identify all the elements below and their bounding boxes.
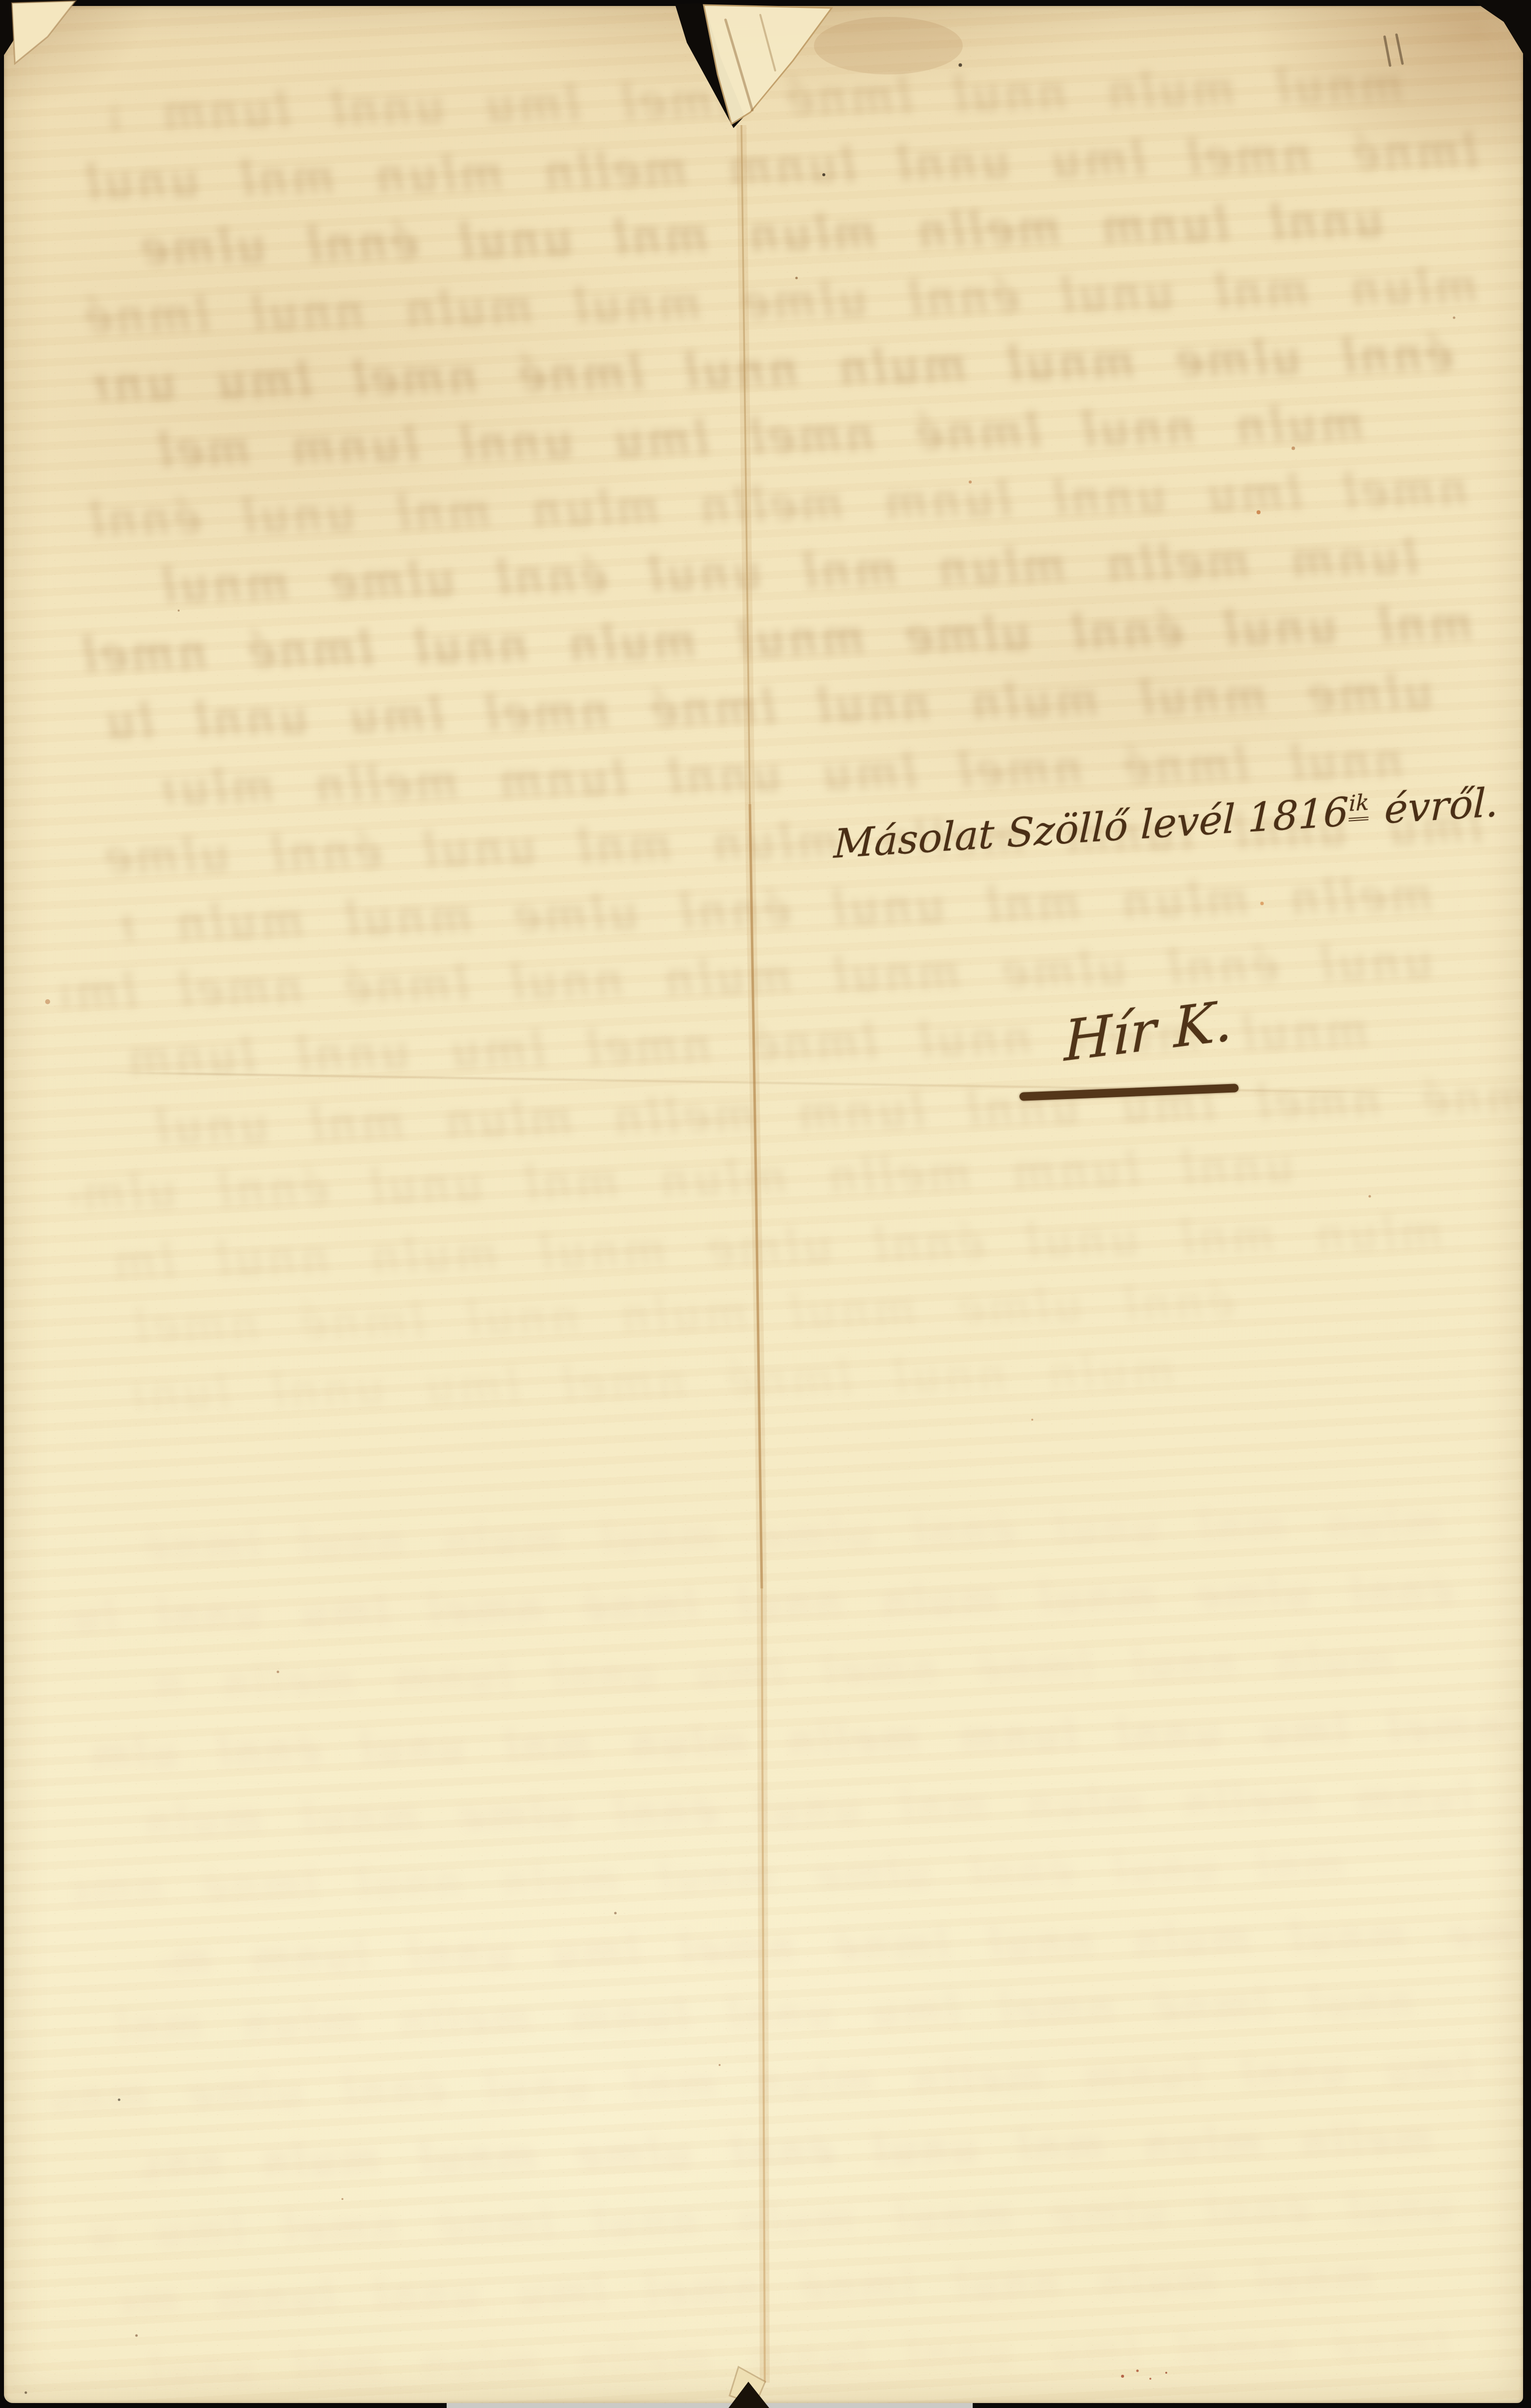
paper-speck bbox=[1369, 1195, 1371, 1198]
paper-speck bbox=[1257, 510, 1261, 514]
scanner-bed-background: mnul muln nnul lmné nmel lmu unnl lunm m… bbox=[0, 0, 1531, 2408]
paper-speck bbox=[1136, 2370, 1139, 2372]
paper-speck bbox=[719, 2064, 721, 2066]
paper-speck bbox=[1149, 2378, 1151, 2380]
paper-speck bbox=[1031, 1419, 1033, 1421]
paper-speck bbox=[1165, 2372, 1167, 2374]
paper-speck bbox=[45, 999, 50, 1004]
paper-speck bbox=[178, 610, 180, 612]
paper-speck bbox=[25, 2392, 27, 2394]
paper-speck bbox=[1261, 902, 1264, 905]
paper-speck bbox=[1121, 2375, 1124, 2378]
paper-speck bbox=[969, 481, 972, 483]
paper-speck bbox=[959, 64, 962, 67]
paper-speck bbox=[341, 2198, 343, 2200]
paper-speck bbox=[118, 2099, 121, 2101]
paper-speck bbox=[796, 277, 798, 279]
paper-speck bbox=[135, 2335, 138, 2337]
ink-tick-mark-2 bbox=[1397, 35, 1402, 64]
paper-specks bbox=[25, 64, 1456, 2394]
damage-overlay bbox=[0, 0, 1531, 2408]
paper-speck bbox=[277, 1671, 279, 1673]
paper-speck bbox=[1292, 447, 1295, 450]
corner-flap-left bbox=[12, 1, 75, 64]
ink-tick-mark-1 bbox=[1385, 37, 1390, 66]
tear-smudge bbox=[814, 17, 963, 74]
paper-speck bbox=[614, 1912, 617, 1915]
corner-wedge-right bbox=[1472, 0, 1531, 67]
paper-speck bbox=[1453, 317, 1456, 319]
paper-speck bbox=[822, 173, 825, 176]
